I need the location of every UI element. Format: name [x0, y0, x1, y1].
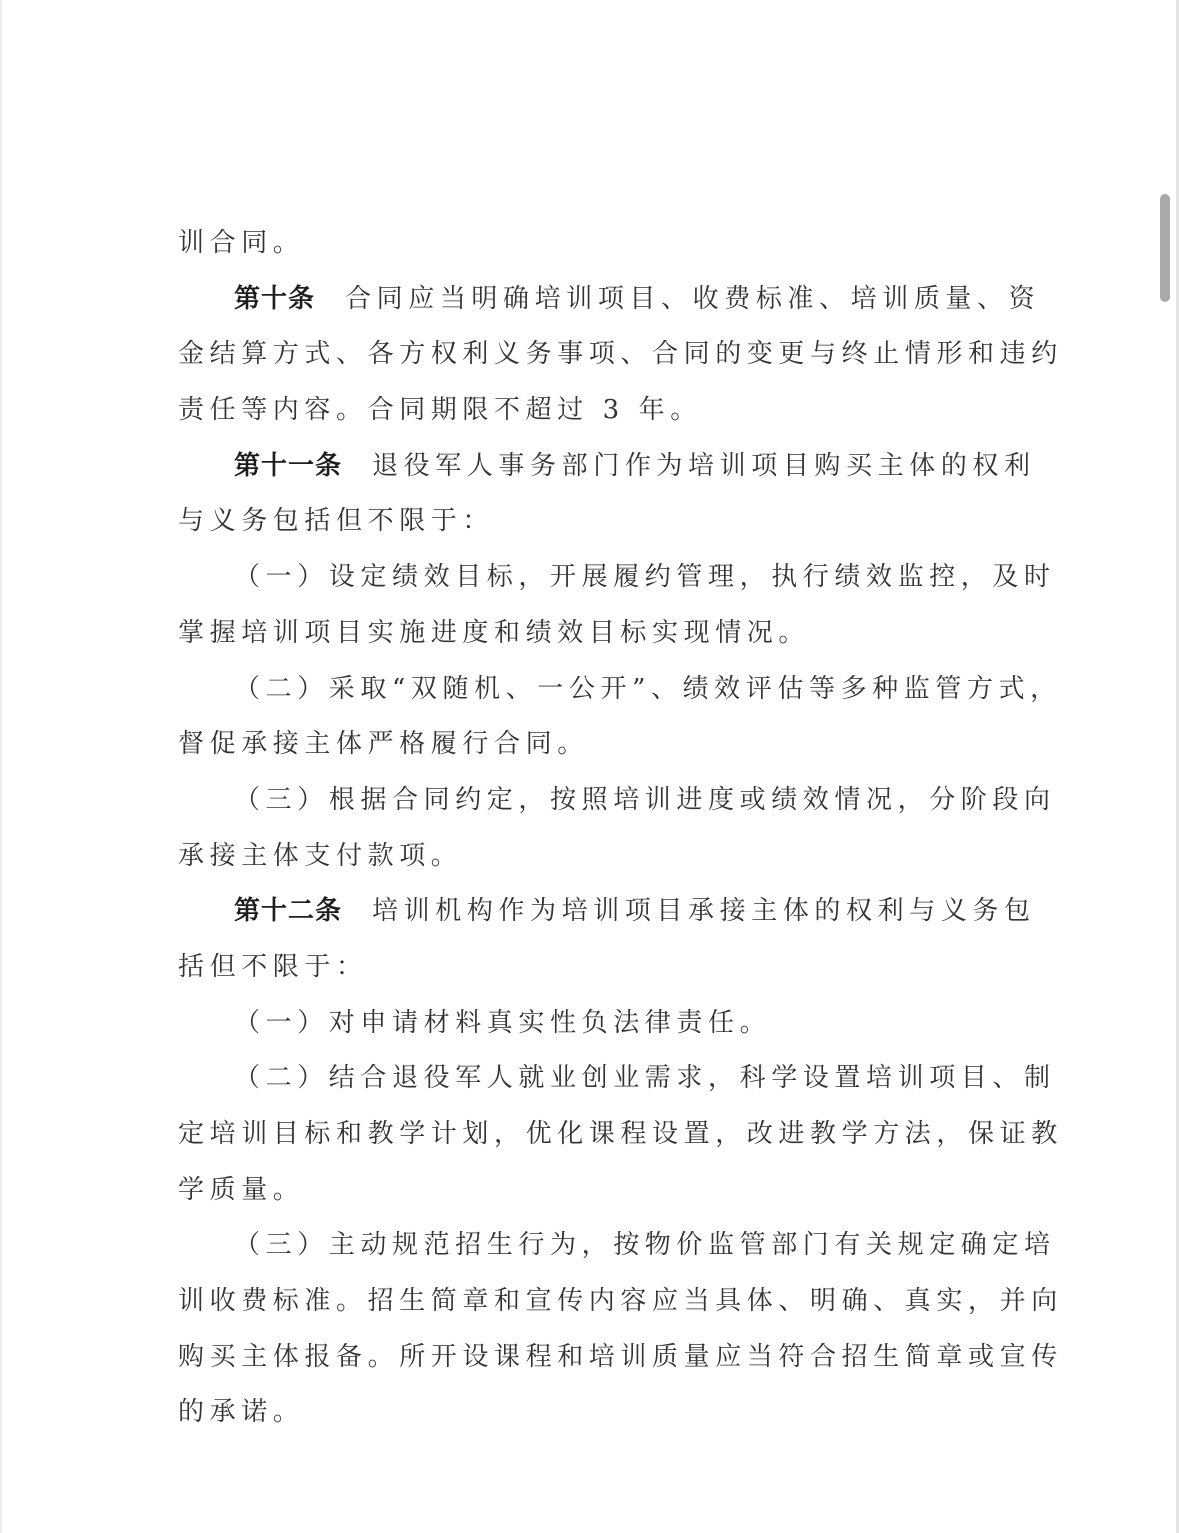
- line-text: 训合同。: [178, 228, 304, 258]
- text-line: 括但不限于：: [178, 940, 1010, 996]
- text-line: 责任等内容。合同期限不超过 3 年。: [178, 383, 1010, 439]
- line-text: 督促承接主体严格履行合同。: [178, 729, 589, 759]
- line-text: （一）设定绩效目标，开展履约管理，执行绩效监控，及时: [234, 562, 1056, 592]
- text-line: 学质量。: [178, 1163, 1010, 1219]
- text-line: 掌握培训项目实施进度和绩效目标实现情况。: [178, 606, 1010, 662]
- text-line: 督促承接主体严格履行合同。: [178, 717, 1010, 773]
- text-line: 定培训目标和教学计划，优化课程设置，改进教学方法，保证教: [178, 1107, 1010, 1163]
- line-text: 合同应当明确培训项目、收费标准、培训质量、资: [345, 284, 1040, 314]
- line-text: 括但不限于：: [178, 952, 368, 982]
- document-page: 训合同。 第十条合同应当明确培训项目、收费标准、培训质量、资 金结算方式、各方权…: [178, 216, 1010, 1441]
- text-line: （二）结合退役军人就业创业需求，科学设置培训项目、制: [178, 1051, 1010, 1107]
- line-text: 购买主体报备。所开设课程和培训质量应当符合招生简章或宣传: [178, 1342, 1063, 1372]
- line-text: 定培训目标和教学计划，优化课程设置，改进教学方法，保证教: [178, 1119, 1063, 1149]
- text-line: 金结算方式、各方权利义务事项、合同的变更与终止情形和违约: [178, 327, 1010, 383]
- line-text: 承接主体支付款项。: [178, 841, 462, 871]
- text-line: 承接主体支付款项。: [178, 829, 1010, 885]
- line-text: 的承诺。: [178, 1397, 304, 1427]
- text-line: 第十一条退役军人事务部门作为培训项目购买主体的权利: [178, 439, 1010, 495]
- line-text: 责任等内容。合同期限不超过 3 年。: [178, 395, 702, 425]
- text-line: 购买主体报备。所开设课程和培训质量应当符合招生简章或宣传: [178, 1330, 1010, 1386]
- line-text: 金结算方式、各方权利义务事项、合同的变更与终止情形和违约: [178, 339, 1063, 369]
- text-line: （一）设定绩效目标，开展履约管理，执行绩效监控，及时: [178, 550, 1010, 606]
- text-line: 第十条合同应当明确培训项目、收费标准、培训质量、资: [178, 272, 1010, 328]
- viewer-left-border: [0, 0, 2, 1533]
- line-text: （三）根据合同约定，按照培训进度或绩效情况，分阶段向: [234, 785, 1056, 815]
- line-text: （二）采取“双随机、一公开”、绩效评估等多种监管方式，: [234, 674, 1062, 704]
- line-text: 学质量。: [178, 1175, 304, 1205]
- line-text: 培训机构作为培训项目承接主体的权利与义务包: [372, 896, 1036, 926]
- text-line: 训合同。: [178, 216, 1010, 272]
- line-text: 训收费标准。招生简章和宣传内容应当具体、明确、真实，并向: [178, 1286, 1063, 1316]
- text-line: （一）对申请材料真实性负法律责任。: [178, 996, 1010, 1052]
- line-text: 退役军人事务部门作为培训项目购买主体的权利: [372, 451, 1036, 481]
- line-text: 掌握培训项目实施进度和绩效目标实现情况。: [178, 618, 810, 648]
- line-text: （一）对申请材料真实性负法律责任。: [234, 1008, 771, 1038]
- article-heading-12: 第十二条: [234, 896, 342, 926]
- text-line: 的承诺。: [178, 1385, 1010, 1441]
- article-heading-10: 第十条: [234, 284, 315, 314]
- text-line: 与义务包括但不限于：: [178, 494, 1010, 550]
- text-line: 第十二条培训机构作为培训项目承接主体的权利与义务包: [178, 884, 1010, 940]
- line-text: 与义务包括但不限于：: [178, 506, 494, 536]
- article-heading-11: 第十一条: [234, 451, 342, 481]
- text-line: 训收费标准。招生简章和宣传内容应当具体、明确、真实，并向: [178, 1274, 1010, 1330]
- text-line: （二）采取“双随机、一公开”、绩效评估等多种监管方式，: [178, 662, 1010, 718]
- text-line: （三）主动规范招生行为，按物价监管部门有关规定确定培: [178, 1218, 1010, 1274]
- line-text: （二）结合退役军人就业创业需求，科学设置培训项目、制: [234, 1063, 1056, 1093]
- vertical-scrollbar-thumb[interactable]: [1160, 194, 1170, 302]
- line-text: （三）主动规范招生行为，按物价监管部门有关规定确定培: [234, 1230, 1056, 1260]
- text-line: （三）根据合同约定，按照培训进度或绩效情况，分阶段向: [178, 773, 1010, 829]
